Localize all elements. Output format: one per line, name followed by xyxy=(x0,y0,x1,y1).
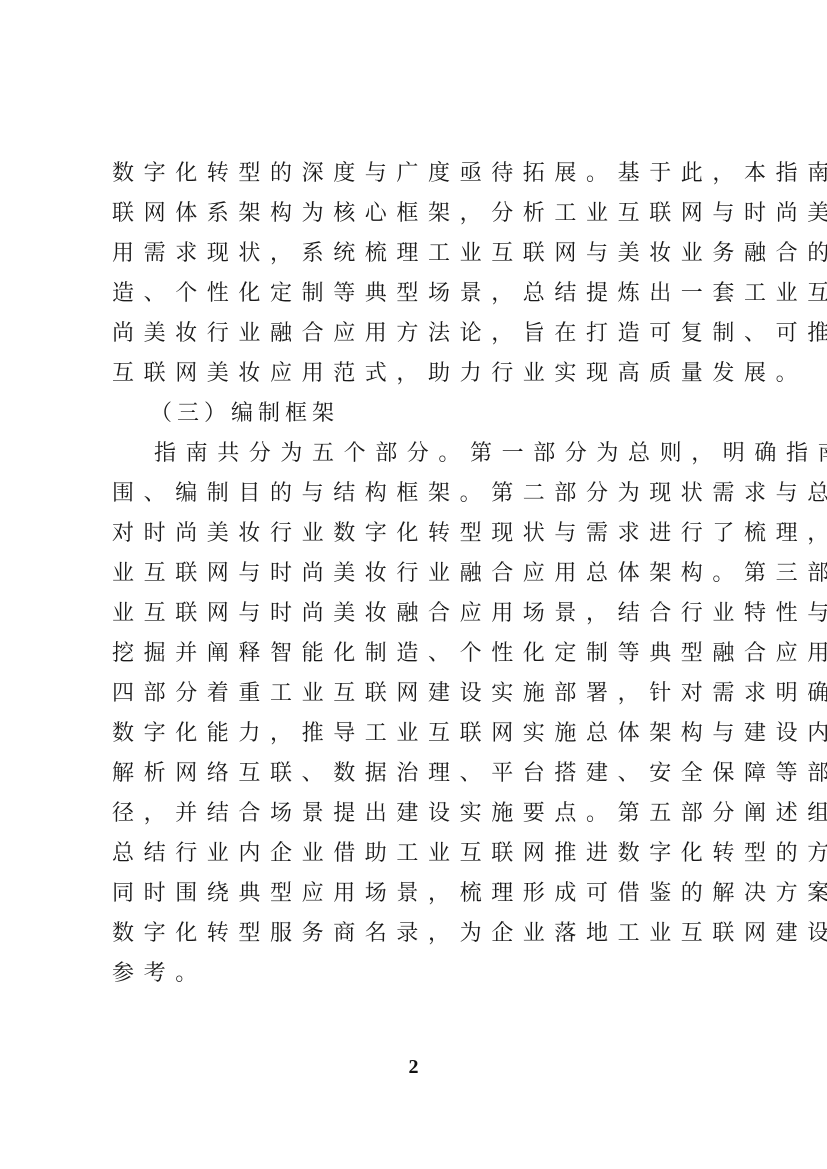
text-line: 总结行业内企业借助工业互联网推进数字化转型的方法步骤， xyxy=(112,834,720,874)
text-line: 造、个性化定制等典型场景，总结提炼出一套工业互联网与时 xyxy=(112,274,720,314)
text-line: 数字化能力，推导工业互联网实施总体架构与建设内容，详细 xyxy=(112,714,720,754)
text-line: 联网体系架构为核心框架，分析工业互联网与时尚美妆融合应 xyxy=(112,194,720,234)
text-line: 同时围绕典型应用场景，梳理形成可借鉴的解决方案案例以及 xyxy=(112,874,720,914)
paragraph-framework: 指南共分为五个部分。第一部分为总则，明确指南适用范 围、编制目的与结构框架。第二… xyxy=(112,434,720,994)
text-line: 业互联网与时尚美妆融合应用场景，结合行业特性与技术优势， xyxy=(112,594,720,634)
page-number: 2 xyxy=(0,1056,827,1079)
paragraph-background: 数字化转型的深度与广度亟待拓展。基于此，本指南以工业互 联网体系架构为核心框架，… xyxy=(112,154,720,394)
text-line: 互联网美妆应用范式，助力行业实现高质量发展。 xyxy=(112,354,720,394)
text-line: 挖掘并阐释智能化制造、个性化定制等典型融合应用场景。第 xyxy=(112,634,720,674)
text-line: 对时尚美妆行业数字化转型现状与需求进行了梳理，设计了工 xyxy=(112,514,720,554)
text-line: 业互联网与时尚美妆行业融合应用总体架构。第三部分围绕工 xyxy=(112,554,720,594)
text-line: 解析网络互联、数据治理、平台搭建、安全保障等部署实施路 xyxy=(112,754,720,794)
text-line: 数字化转型的深度与广度亟待拓展。基于此，本指南以工业互 xyxy=(112,154,720,194)
text-line: 径，并结合场景提出建设实施要点。第五部分阐述组织实施， xyxy=(112,794,720,834)
text-line: 用需求现状，系统梳理工业互联网与美妆业务融合的智能化制 xyxy=(112,234,720,274)
section-heading: （三）编制框架 xyxy=(112,394,720,434)
text-line: 围、编制目的与结构框架。第二部分为现状需求与总体设计， xyxy=(112,474,720,514)
text-line: 指南共分为五个部分。第一部分为总则，明确指南适用范 xyxy=(112,434,720,474)
text-line: 四部分着重工业互联网建设实施部署，针对需求明确应构建的 xyxy=(112,674,720,714)
text-line: 尚美妆行业融合应用方法论，旨在打造可复制、可推广的工业 xyxy=(112,314,720,354)
text-line: 数字化转型服务商名录，为企业落地工业互联网建设提供实践 xyxy=(112,914,720,954)
document-page: 数字化转型的深度与广度亟待拓展。基于此，本指南以工业互 联网体系架构为核心框架，… xyxy=(112,154,720,994)
text-line: 参考。 xyxy=(112,954,720,994)
